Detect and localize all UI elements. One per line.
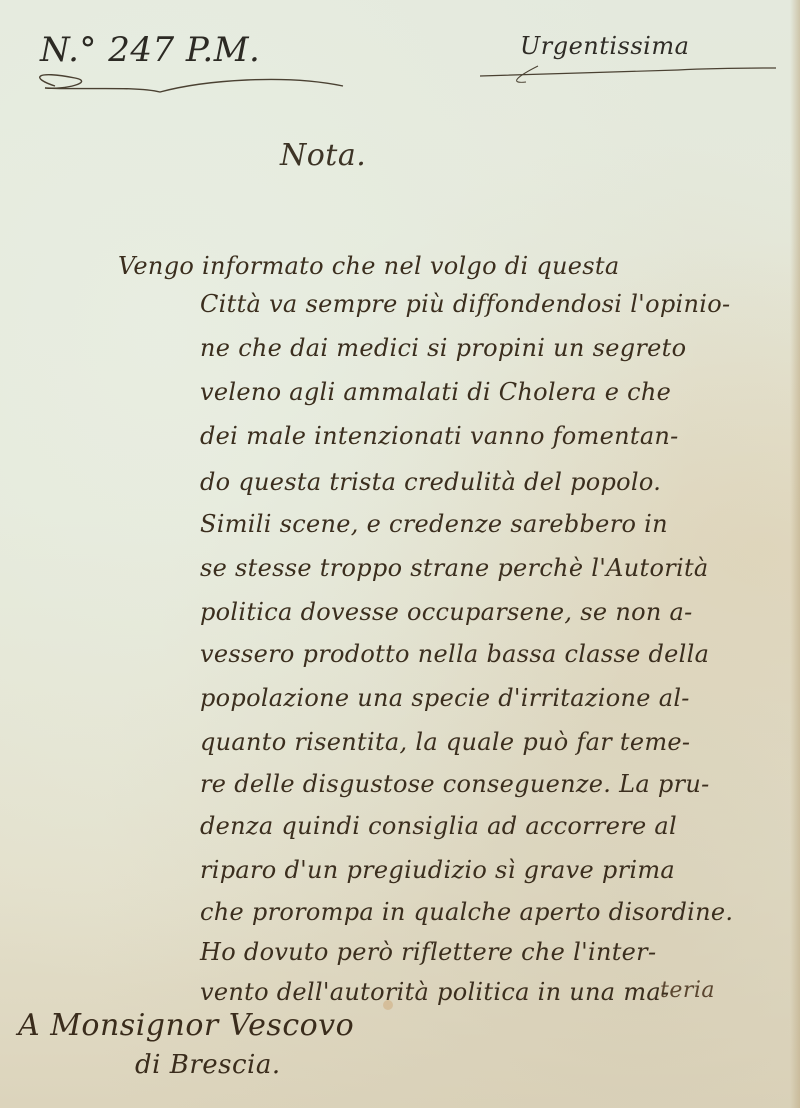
body-line-14: denza quindi consiglia ad accorrere al <box>200 814 677 838</box>
body-line-3: ne che dai medici si propini un segreto <box>200 336 686 360</box>
body-line-1: Vengo informato che nel volgo di questa <box>118 254 619 278</box>
body-line-4: veleno agli ammalati di Cholera e che <box>200 380 671 404</box>
body-line-8: se stesse troppo strane perchè l'Autorit… <box>200 556 709 580</box>
addressee-line-2: di Brescia. <box>135 1050 281 1080</box>
protocol-number: N.° 247 P.M. <box>40 30 260 70</box>
urgency-label: Urgentissima <box>520 32 689 60</box>
body-line-17: Ho dovuto però riflettere che l'inter- <box>200 940 656 964</box>
body-line-16: che prorompa in qualche aperto disordine… <box>200 900 733 924</box>
document-title: Nota. <box>280 138 366 173</box>
body-line-6: do questa trista credulità del popolo. <box>200 470 661 494</box>
addressee-line-1: A Monsignor Vescovo <box>18 1008 354 1043</box>
body-line-15: riparo d'un pregiudizio sì grave prima <box>200 858 675 882</box>
body-line-10: vessero prodotto nella bassa classe dell… <box>200 642 709 666</box>
body-line-13: re delle disgustose conseguenze. La pru- <box>200 772 710 796</box>
body-line-5: dei male intenzionati vanno fomentan- <box>200 424 679 448</box>
urgency-underline <box>478 62 778 86</box>
body-line-2: Città va sempre più diffondendosi l'opin… <box>200 292 730 316</box>
body-line-11: popolazione una specie d'irritazione al- <box>200 686 690 710</box>
body-line-12: quanto risentita, la quale può far teme- <box>200 730 690 754</box>
letter-page: N.° 247 P.M. Urgentissima Nota. Vengo in… <box>0 0 800 1108</box>
body-line-7: Simili scene, e credenze sarebbero in <box>200 512 668 536</box>
body-line-9: politica dovesse occuparsene, se non a- <box>200 600 693 624</box>
body-line-18: vento dell'autorità politica in una ma- <box>200 980 669 1004</box>
protocol-underline-flourish <box>25 72 345 94</box>
